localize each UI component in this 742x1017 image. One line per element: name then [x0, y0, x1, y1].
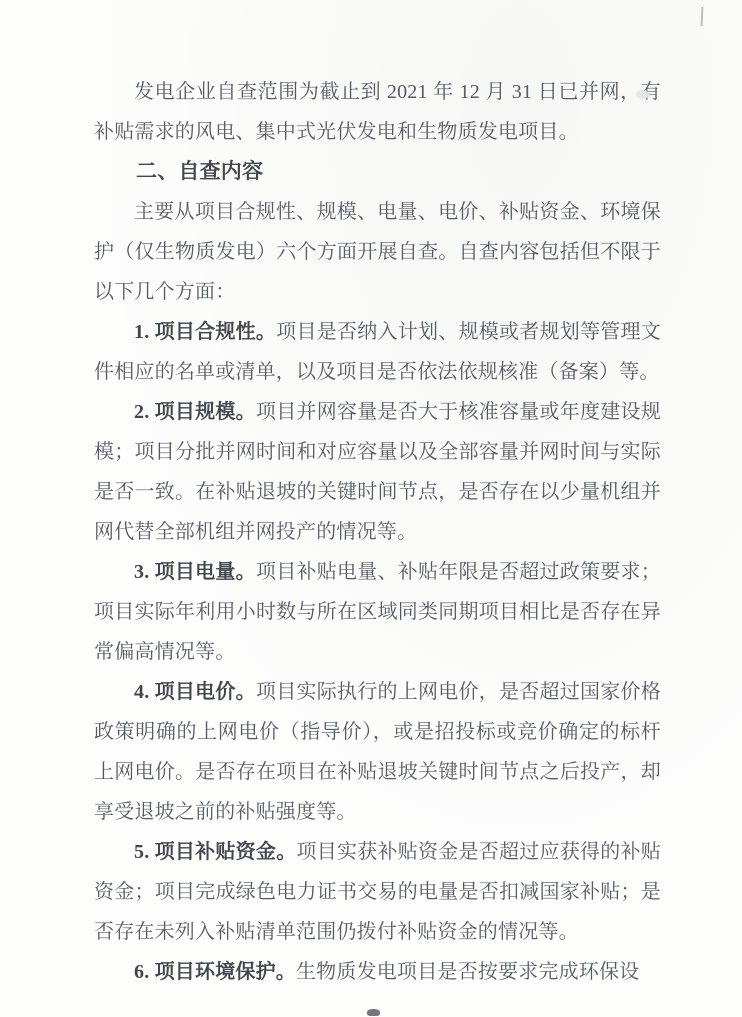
numbered-item: 3. 项目电量。项目补贴电量、补贴年限是否超过政策要求；项目实际年利用小时数与所…: [94, 552, 661, 672]
page-number-fragment: [367, 1009, 380, 1016]
item-lead: 6. 项目环境保护。: [134, 961, 296, 983]
paragraph: 发电企业自查范围为截止到 2021 年 12 月 31 日已并网，有补贴需求的风…: [94, 72, 661, 152]
paragraph: 主要从项目合规性、规模、电量、电价、补贴资金、环境保护（仅生物质发电）六个方面开…: [94, 192, 661, 312]
paragraph-text: 二、自查内容: [136, 160, 263, 183]
item-lead: 4. 项目电价。: [134, 681, 256, 703]
paragraph-text: 发电企业自查范围为截止到 2021 年 12 月 31 日已并网，有补贴需求的风…: [94, 81, 661, 143]
item-lead: 2. 项目规模。: [134, 401, 256, 423]
document-body: 发电企业自查范围为截止到 2021 年 12 月 31 日已并网，有补贴需求的风…: [94, 72, 661, 992]
paragraph-text: 主要从项目合规性、规模、电量、电价、补贴资金、环境保护（仅生物质发电）六个方面开…: [94, 201, 661, 303]
item-lead: 1. 项目合规性。: [134, 321, 276, 343]
paragraph-text: 生物质发电项目是否按要求完成环保设: [296, 961, 639, 983]
item-lead: 5. 项目补贴资金。: [134, 841, 296, 863]
scan-artifact-icon: [701, 7, 704, 26]
document-page: 发电企业自查范围为截止到 2021 年 12 月 31 日已并网，有补贴需求的风…: [0, 0, 742, 1017]
numbered-item: 4. 项目电价。项目实际执行的上网电价，是否超过国家价格政策明确的上网电价（指导…: [94, 672, 661, 832]
numbered-item: 5. 项目补贴资金。项目实获补贴资金是否超过应获得的补贴资金；项目完成绿色电力证…: [94, 832, 661, 952]
item-lead: 3. 项目电量。: [134, 561, 256, 583]
numbered-item: 1. 项目合规性。项目是否纳入计划、规模或者规划等管理文件相应的名单或清单，以及…: [94, 312, 661, 392]
numbered-item: 2. 项目规模。项目并网容量是否大于核准容量或年度建设规模；项目分批并网时间和对…: [94, 392, 661, 552]
section-heading: 二、自查内容: [94, 152, 661, 192]
numbered-item: 6. 项目环境保护。生物质发电项目是否按要求完成环保设: [94, 952, 661, 992]
